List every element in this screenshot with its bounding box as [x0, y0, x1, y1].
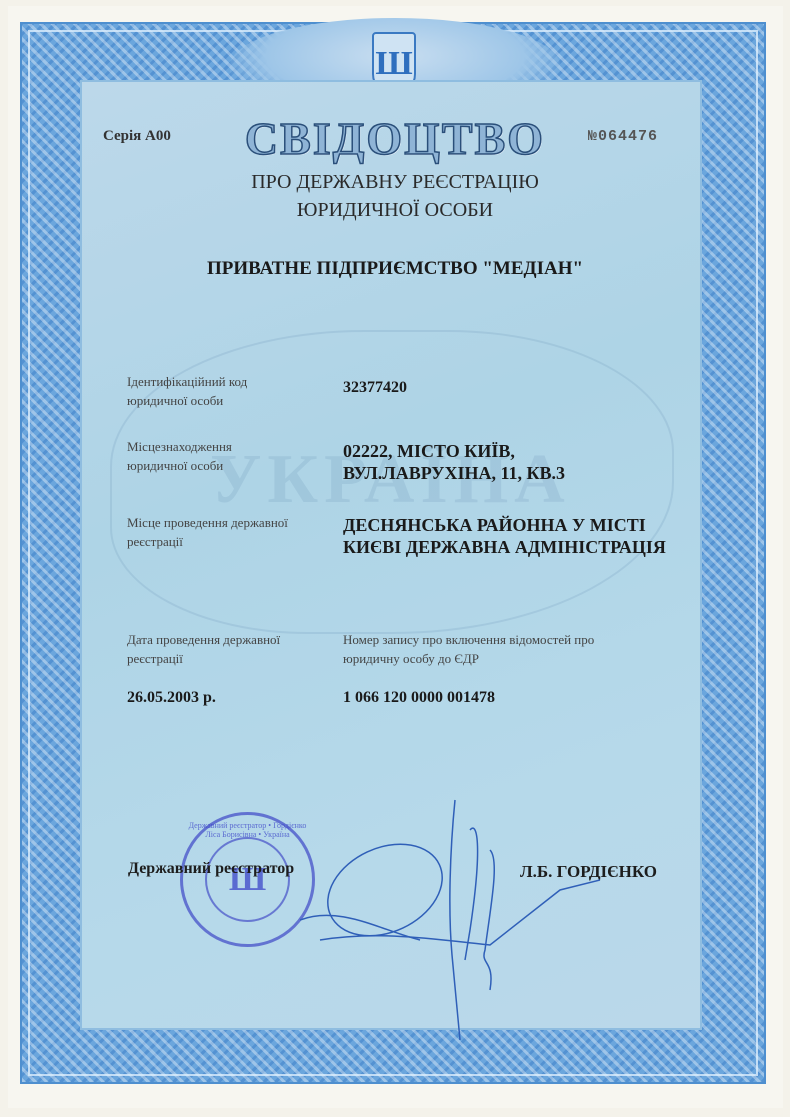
label-line: Номер запису про включення відомостей пр…: [343, 630, 663, 649]
registration-place-label: Місце проведення державної реєстрації: [127, 513, 327, 551]
value-line: КИЄВІ ДЕРЖАВНА АДМІНІСТРАЦІЯ: [343, 536, 666, 558]
subtitle-line-2: ЮРИДИЧНОЇ ОСОБИ: [180, 196, 610, 224]
label-line: реєстрації: [127, 649, 327, 668]
id-code-label: Ідентифікаційний код юридичної особи: [127, 372, 327, 410]
record-number-label: Номер запису про включення відомостей пр…: [343, 630, 663, 668]
value-line: ДЕСНЯНСЬКА РАЙОННА У МІСТІ: [343, 514, 666, 536]
certificate-title: СВІДОЦТВО: [200, 112, 590, 165]
location-value: 02222, МІСТО КИЇВ, ВУЛ.ЛАВРУХІНА, 11, КВ…: [343, 440, 565, 484]
registration-date-value: 26.05.2003 р.: [127, 688, 216, 708]
label-line: Місцезнаходження: [127, 437, 327, 456]
label-line: юридичну особу до ЄДР: [343, 649, 663, 668]
official-stamp: Державний реєстратор • Гордієнко Ліса Бо…: [180, 812, 315, 947]
id-code-value: 32377420: [343, 378, 407, 398]
subtitle-line-1: ПРО ДЕРЖАВНУ РЕЄСТРАЦІЮ: [180, 168, 610, 196]
stamp-trident-icon: Ш: [205, 837, 290, 922]
label-line: юридичної особи: [127, 456, 327, 475]
certificate-subtitle: ПРО ДЕРЖАВНУ РЕЄСТРАЦІЮ ЮРИДИЧНОЇ ОСОБИ: [180, 168, 610, 224]
location-label: Місцезнаходження юридичної особи: [127, 437, 327, 475]
record-number-value: 1 066 120 0000 001478: [343, 688, 495, 708]
certificate-number: №064476: [588, 128, 658, 145]
registrar-role: Державний реєстратор: [128, 860, 294, 878]
value-line: ВУЛ.ЛАВРУХІНА, 11, КВ.3: [343, 462, 565, 484]
company-name: ПРИВАТНЕ ПІДПРИЄМСТВО "МЕДІАН": [120, 258, 670, 280]
label-line: реєстрації: [127, 532, 327, 551]
series-label: Серія А00: [103, 128, 171, 145]
label-line: Місце проведення державної: [127, 513, 327, 532]
label-line: Ідентифікаційний код: [127, 372, 327, 391]
handwritten-signature: [300, 790, 600, 1040]
registration-date-label: Дата проведення державної реєстрації: [127, 630, 327, 668]
label-line: юридичної особи: [127, 391, 327, 410]
label-line: Дата проведення державної: [127, 630, 327, 649]
registration-place-value: ДЕСНЯНСЬКА РАЙОННА У МІСТІ КИЄВІ ДЕРЖАВН…: [343, 514, 666, 558]
value-line: 02222, МІСТО КИЇВ,: [343, 440, 565, 462]
